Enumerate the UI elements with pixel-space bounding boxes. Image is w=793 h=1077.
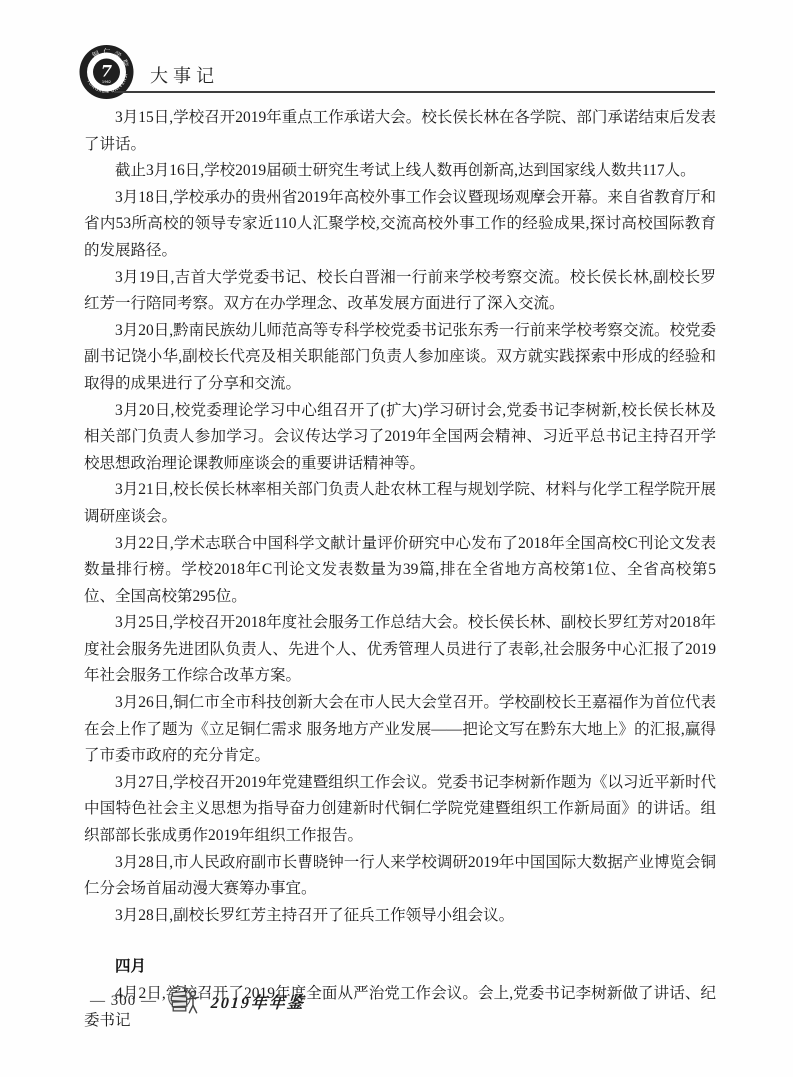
yearbook-title: 2019年年鉴 bbox=[210, 990, 306, 1013]
chronicle-entry: 3月28日,市人民政府副市长曹晓钟一行人来学校调研2019年中国国际大数据产业博… bbox=[84, 850, 716, 903]
chronicle-entry: 3月25日,学校召开2018年度社会服务工作总结大会。校长侯长林、副校长罗红芳对… bbox=[84, 610, 716, 690]
chronicle-entry: 3月15日,学校召开2019年重点工作承诺大会。校长侯长林在各学院、部门承诺结束… bbox=[84, 105, 716, 158]
chronicle-entry: 3月21日,校长侯长林率相关部门负责人赴农林工程与规划学院、材料与化学工程学院开… bbox=[84, 477, 716, 530]
yearbook-logo-icon bbox=[166, 983, 202, 1019]
yearbook-page: 铜仁学院 TONGREN UNIVERSITY 7 1962 大事记 3月15日… bbox=[0, 0, 793, 1077]
chronicle-entry: 3月26日,铜仁市全市科技创新大会在市人民大会堂召开。学校副校长王嘉福作为首位代… bbox=[84, 690, 716, 770]
section-title: 大事记 bbox=[150, 62, 219, 88]
page-number: — 300 — bbox=[90, 993, 157, 1010]
chronicle-entry: 3月28日,副校长罗红芳主持召开了征兵工作领导小组会议。 bbox=[84, 903, 716, 930]
header-rule bbox=[114, 91, 715, 93]
chronicle-entry: 截止3月16日,学校2019届硕士研究生考试上线人数再创新高,达到国家线人数共1… bbox=[84, 158, 716, 185]
chronicle-entry: 3月20日,黔南民族幼儿师范高等专科学校党委书记张东秀一行前来学校考察交流。校党… bbox=[84, 318, 716, 398]
chronicle-entry: 3月27日,学校召开2019年党建暨组织工作会议。党委书记李树新作题为《以习近平… bbox=[84, 770, 716, 850]
seal-center-glyph: 7 bbox=[101, 62, 112, 81]
chronicle-entry: 3月20日,校党委理论学习中心组召开了(扩大)学习研讨会,党委书记李树新,校长侯… bbox=[84, 398, 716, 478]
month-heading: 四月 bbox=[84, 954, 716, 981]
chronicle-entry: 3月19日,吉首大学党委书记、校长白晋湘一行前来学校考察交流。校长侯长林,副校长… bbox=[84, 265, 716, 318]
page-header: 铜仁学院 TONGREN UNIVERSITY 7 1962 大事记 bbox=[0, 0, 793, 100]
chronicle-entry: 3月22日,学术志联合中国科学文献计量评价研究中心发布了2018年全国高校C刊论… bbox=[84, 531, 716, 611]
chronicle-entry: 3月18日,学校承办的贵州省2019年高校外事工作会议暨现场观摩会开幕。来自省教… bbox=[84, 185, 716, 265]
chronicle-content: 3月15日,学校召开2019年重点工作承诺大会。校长侯长林在各学院、部门承诺结束… bbox=[84, 105, 716, 1034]
seal-year: 1962 bbox=[102, 80, 111, 84]
page-footer: — 300 — 2019年年鉴 bbox=[90, 983, 305, 1019]
